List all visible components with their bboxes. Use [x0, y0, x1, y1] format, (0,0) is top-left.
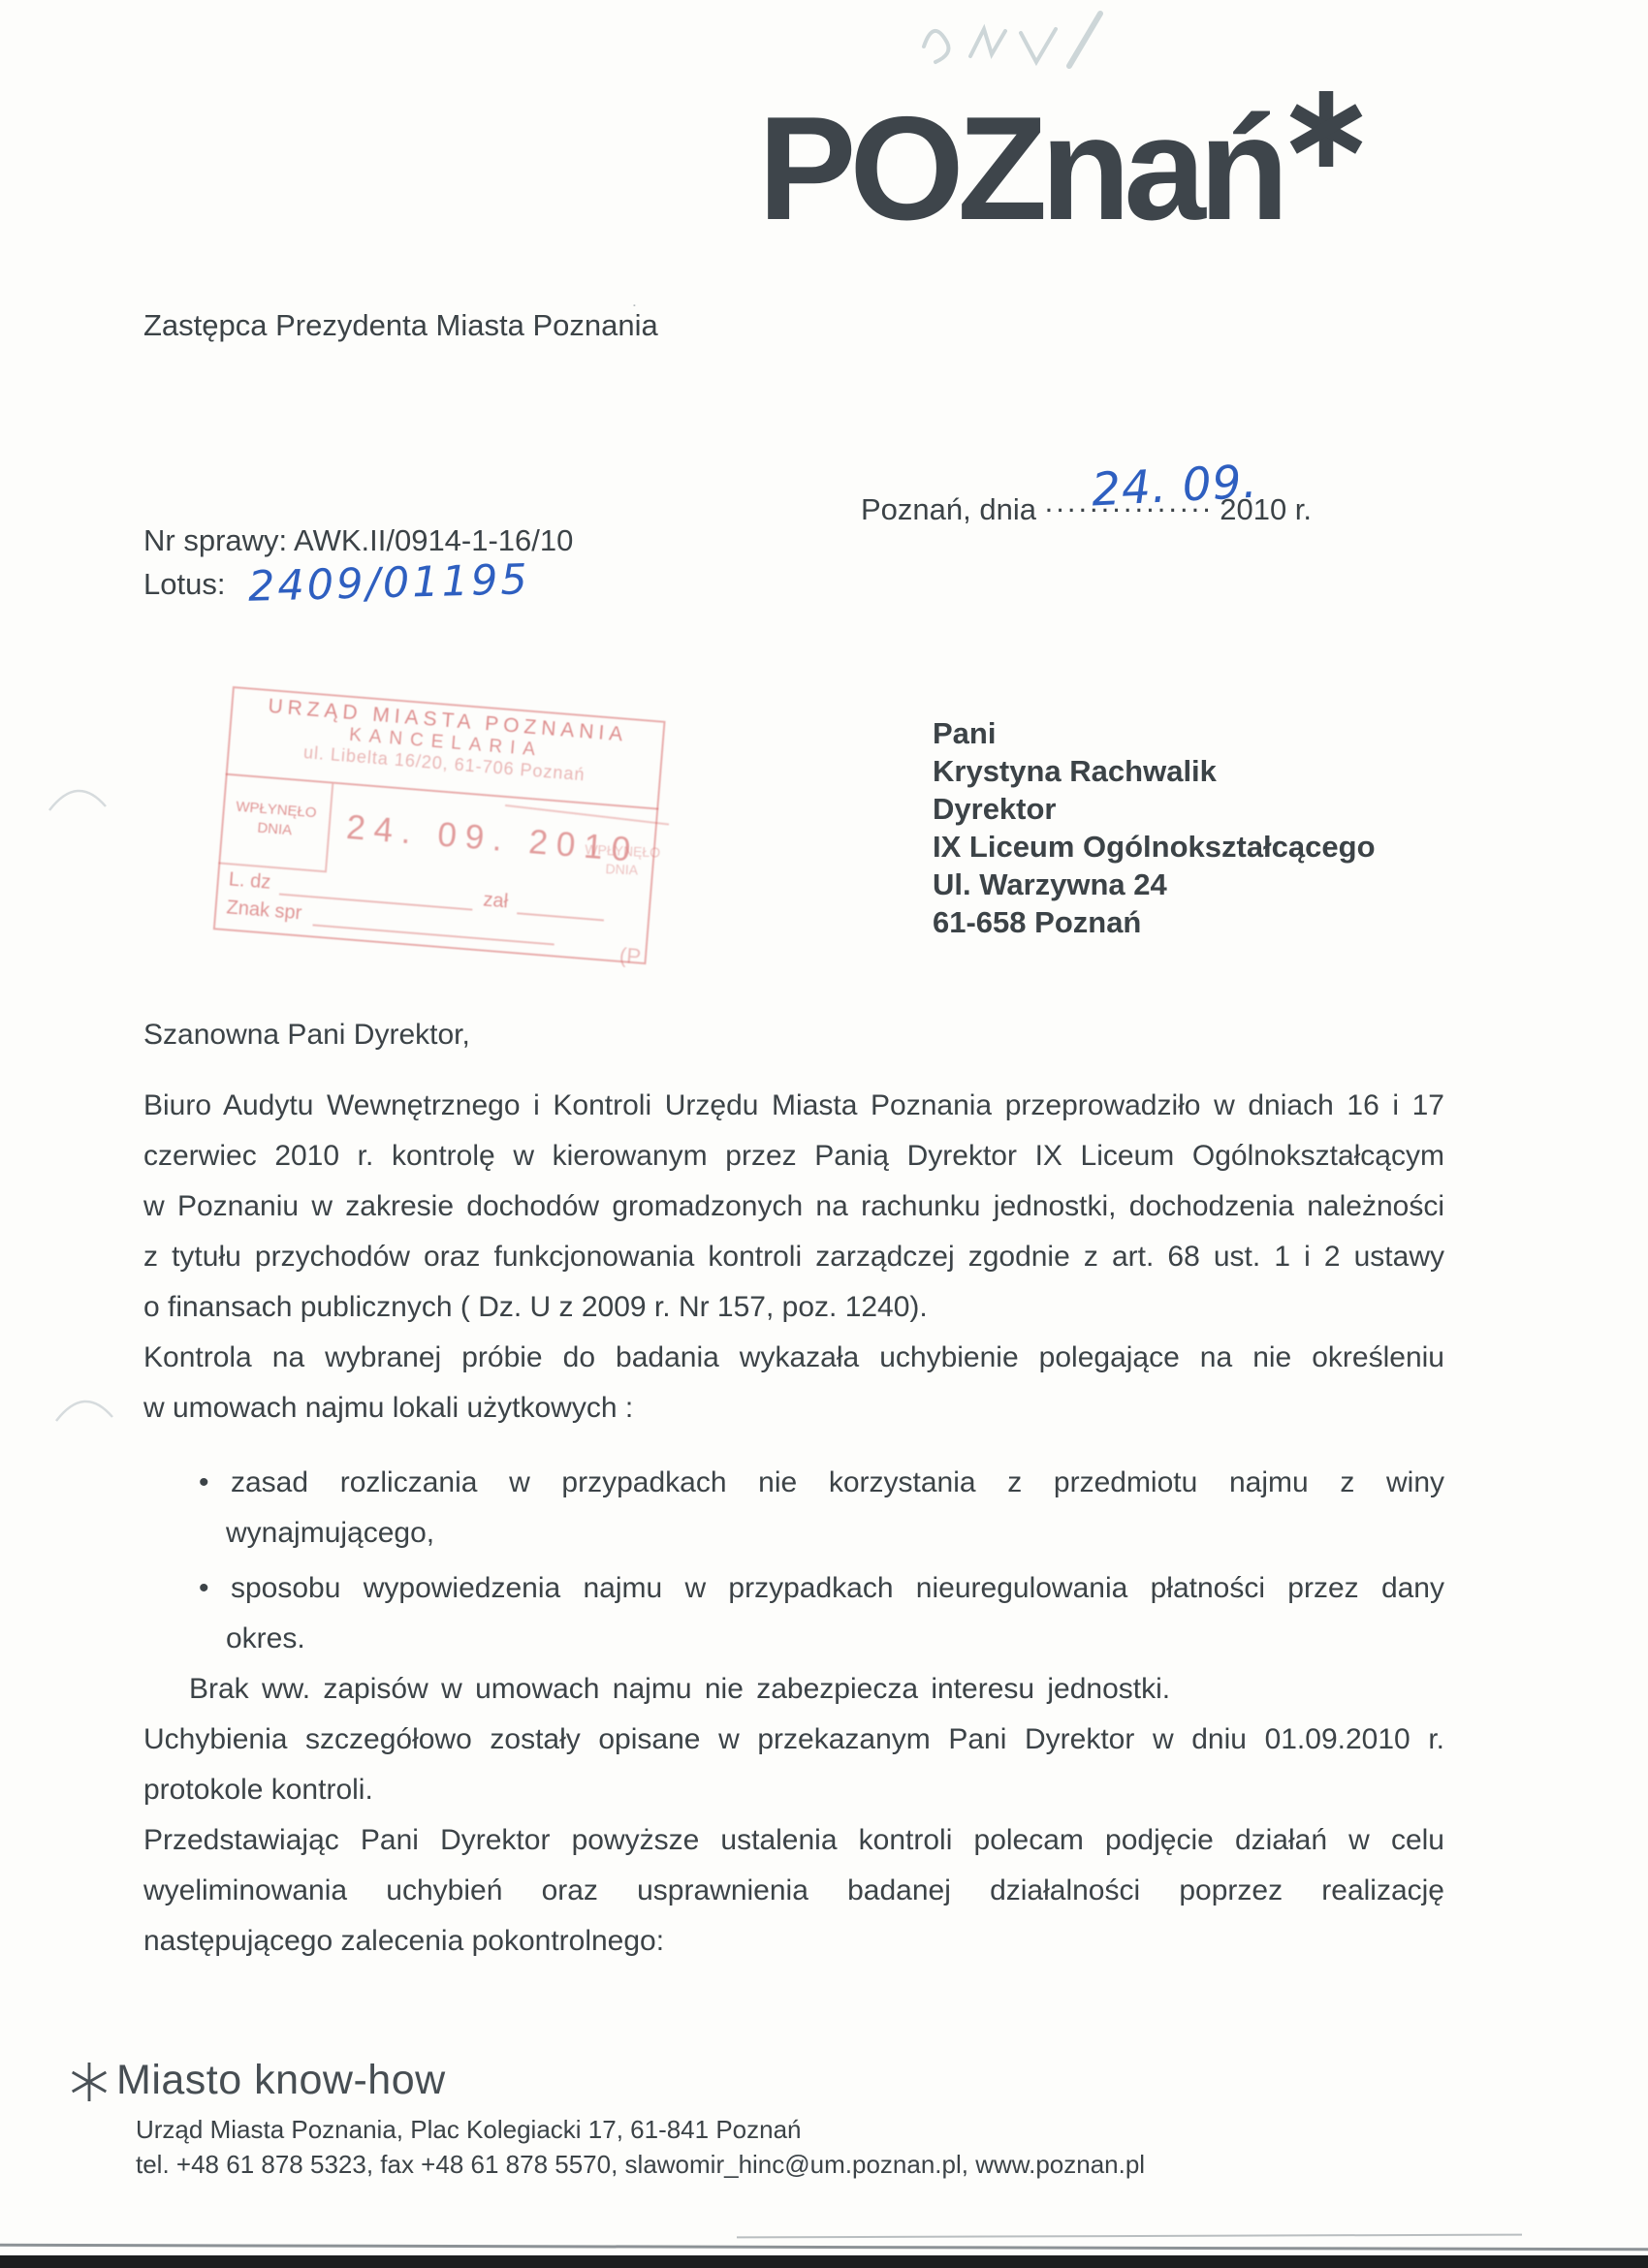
text-line: z tytułu przychodów oraz funkcjonowania …: [143, 1232, 1444, 1282]
text-line: •zasad rozliczania w przypadkach nie kor…: [143, 1458, 1444, 1508]
text-line: Uchybienia szczegółowo zostały opisane w…: [143, 1715, 1444, 1765]
text-line: Brak ww. zapisów w umowach najmu nie zab…: [143, 1664, 1444, 1715]
letter-body: Szanowna Pani Dyrektor, Biuro Audytu Wew…: [143, 1010, 1444, 1967]
text-line: następującego zalecenia pokontrolnego:: [143, 1916, 1444, 1967]
date-prefix: Poznań, dnia: [861, 492, 1036, 526]
footer-brand-text: Miasto know-how: [116, 2057, 446, 2104]
handwritten-date: 24. 09.: [1091, 456, 1259, 518]
text-line: IX Liceum Ogólnokształcącego: [933, 828, 1376, 866]
text-line: 61-658 Poznań: [933, 903, 1376, 941]
date-line: Poznań, dnia ................... 2010 r.…: [861, 485, 1312, 527]
text-line: protokole kontroli.: [143, 1765, 1444, 1815]
salutation: Szanowna Pani Dyrektor,: [143, 1010, 1444, 1060]
text-line: w Poznaniu w zakresie dochodów gromadzon…: [143, 1181, 1444, 1232]
text-line: wyeliminowania uchybień oraz usprawnieni…: [143, 1866, 1444, 1916]
bullet-marker: •: [199, 1563, 209, 1614]
poznan-star-icon: [1288, 91, 1364, 167]
footer-contact: tel. +48 61 878 5323, fax +48 61 878 557…: [136, 2150, 1145, 2180]
footer-brand: Miasto know-how: [70, 2057, 446, 2104]
text-line: Biuro Audytu Wewnętrznego i Kontroli Urz…: [143, 1081, 1444, 1131]
text-line: okres.: [143, 1614, 1444, 1664]
scan-artifact-arc: [53, 1392, 115, 1425]
text-line: w umowach najmu lokali użytkowych :: [143, 1383, 1444, 1433]
lotus-line: Lotus: 2409/01195: [143, 567, 225, 602]
scan-edge-line-right: [737, 2234, 1522, 2239]
text-line: Pani: [933, 714, 1376, 752]
case-number-value: AWK.II/0914-1-16/10: [294, 523, 573, 557]
poznan-logo: POZnań: [758, 95, 1364, 242]
text-line: wynajmującego,: [143, 1508, 1444, 1559]
pen-dot-artifact: ˙: [632, 302, 639, 325]
footer-address: Urząd Miasta Poznania, Plac Kolegiacki 1…: [136, 2115, 802, 2145]
stamp-corner-mark: (P: [618, 943, 642, 970]
text-line: czerwiec 2010 r. kontrolę w kierowanym p…: [143, 1131, 1444, 1181]
body-paragraph-lines: Biuro Audytu Wewnętrznego i Kontroli Urz…: [143, 1081, 1444, 1967]
scan-edge-bar: [0, 2255, 1648, 2268]
text-line: o finansach publicznych ( Dz. U z 2009 r…: [143, 1282, 1444, 1333]
text-line: Krystyna Rachwalik: [933, 752, 1376, 790]
stamp-received-label: WPŁYNĘŁO DNIA: [218, 775, 333, 873]
stamp-ghost-impression: WPŁYNĘŁO DNIA: [584, 840, 660, 880]
case-number-label: Nr sprawy:: [143, 523, 287, 557]
text-line: •sposobu wypowiedzenia najmu w przypadka…: [143, 1563, 1444, 1614]
pencil-scribble: [906, 6, 1149, 93]
stamp-znak-label: Znak spr: [226, 897, 302, 925]
poznan-logo-text: POZnań: [758, 95, 1283, 242]
footer-star-icon: [70, 2063, 109, 2101]
stamp-zal-label: zał: [483, 889, 509, 913]
bullet-marker: •: [199, 1458, 209, 1508]
text-line: Kontrola na wybranej próbie do badania w…: [143, 1333, 1444, 1383]
lotus-label: Lotus:: [143, 567, 225, 601]
registry-stamp: URZĄD MIASTA POZNANIA KANCELARIA ul. Lib…: [213, 686, 666, 964]
text-line: Przedstawiając Pani Dyrektor powyższe us…: [143, 1815, 1444, 1866]
stamp-zal-line: [517, 895, 605, 921]
text-line: Dyrektor: [933, 790, 1376, 828]
recipient-address-block: PaniKrystyna RachwalikDyrektorIX Liceum …: [933, 714, 1376, 941]
scanned-letter-page: POZnań Zastępca Prezydenta Miasta Poznan…: [0, 0, 1648, 2268]
scan-artifact-arc: [47, 781, 109, 814]
handwritten-lotus-number: 2409/01195: [247, 555, 530, 612]
scan-edge-line: [0, 2244, 1648, 2251]
case-number-line: Nr sprawy: AWK.II/0914-1-16/10: [143, 523, 573, 558]
sender-title: Zastępca Prezydenta Miasta Poznania: [143, 308, 658, 343]
stamp-ldz-label: L. dz: [228, 868, 271, 894]
text-line: Ul. Warzywna 24: [933, 866, 1376, 903]
